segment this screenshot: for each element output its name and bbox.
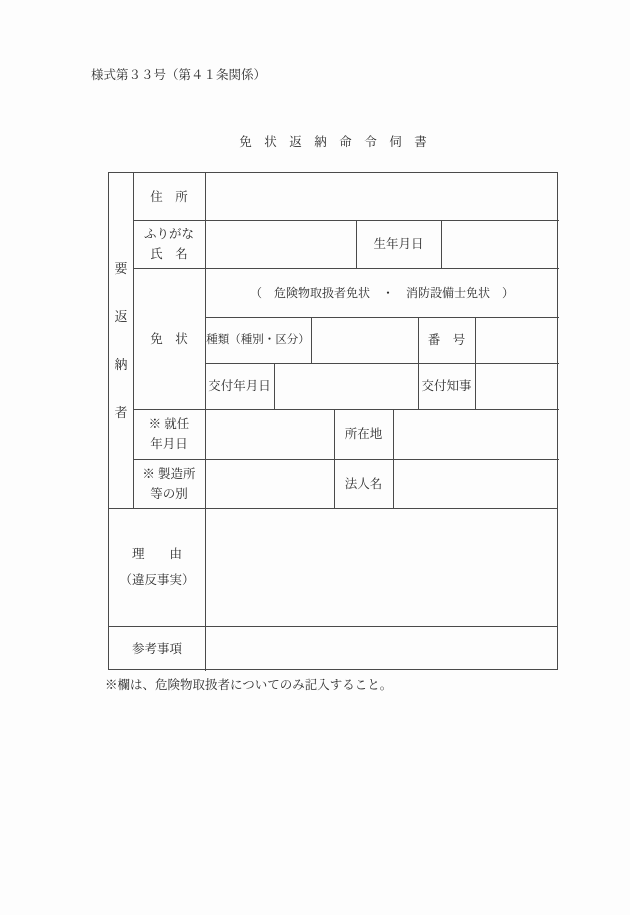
address-value-cell xyxy=(205,173,559,220)
name-label: ふりがな 氏 名 xyxy=(133,220,205,268)
group-label-char: 要 xyxy=(114,262,127,275)
license-number-label: 番 号 xyxy=(418,317,475,363)
reason-label-line1: 理 由 xyxy=(132,541,182,567)
page-title: 免 状 返 納 命 令 伺 書 xyxy=(108,133,558,151)
group-label-char: 者 xyxy=(114,406,127,419)
group-label-char: 返 xyxy=(114,310,127,323)
issue-date-value-cell xyxy=(274,363,418,409)
facility-label-line2: 等の別 xyxy=(150,484,188,504)
license-kind-options: （ 危険物取扱者免状 ・ 消防設備士免状 ） xyxy=(205,268,559,317)
facility-type-value-cell xyxy=(205,459,334,508)
birthdate-label: 生年月日 xyxy=(356,220,441,268)
returnee-form-table: 要 返 納 者 住 所 ふりがな 氏 名 生年月日 免 状 （ 危険物取扱者免状… xyxy=(108,172,558,670)
facility-type-label: ※ 製造所 等の別 xyxy=(133,459,205,508)
issue-date-label: 交付年月日 xyxy=(205,363,274,409)
facility-label-line1: ※ 製造所 xyxy=(142,464,195,484)
license-type-value-cell xyxy=(311,317,418,363)
footnote: ※欄は、危険物取扱者についてのみ記入すること。 xyxy=(105,676,392,694)
form-page: 様式第３３号（第４１条関係） 免 状 返 納 命 令 伺 書 要 返 納 者 住… xyxy=(0,0,630,915)
furigana-label: ふりがな xyxy=(144,224,194,244)
license-number-value-cell xyxy=(475,317,559,363)
license-label: 免 状 xyxy=(133,268,205,409)
reason-label: 理 由 （違反事実） xyxy=(109,508,205,626)
corporation-name-value-cell xyxy=(393,459,559,508)
appointment-label-line1: ※ 就任 xyxy=(149,414,190,434)
address-label: 住 所 xyxy=(133,173,205,220)
name-value-cell xyxy=(205,220,356,268)
birthdate-value-cell xyxy=(441,220,559,268)
issuing-governor-label: 交付知事 xyxy=(418,363,475,409)
issuing-governor-value-cell xyxy=(475,363,559,409)
reference-value-cell xyxy=(205,626,559,671)
appointment-label-line2: 年月日 xyxy=(150,434,188,454)
form-number: 様式第３３号（第４１条関係） xyxy=(91,66,266,84)
group-label-char: 納 xyxy=(114,358,127,371)
location-value-cell xyxy=(393,409,559,459)
reference-label: 参考事項 xyxy=(109,626,205,671)
returnee-group-label: 要 返 納 者 xyxy=(109,173,133,508)
location-label: 所在地 xyxy=(334,409,393,459)
appointment-date-label: ※ 就任 年月日 xyxy=(133,409,205,459)
reason-label-line2: （違反事実） xyxy=(119,567,194,593)
license-type-label: 種類（種別・区分） xyxy=(205,317,311,363)
reason-value-cell xyxy=(205,508,559,626)
corporation-name-label: 法人名 xyxy=(334,459,393,508)
name-label-text: 氏 名 xyxy=(150,244,188,264)
appointment-date-value-cell xyxy=(205,409,334,459)
